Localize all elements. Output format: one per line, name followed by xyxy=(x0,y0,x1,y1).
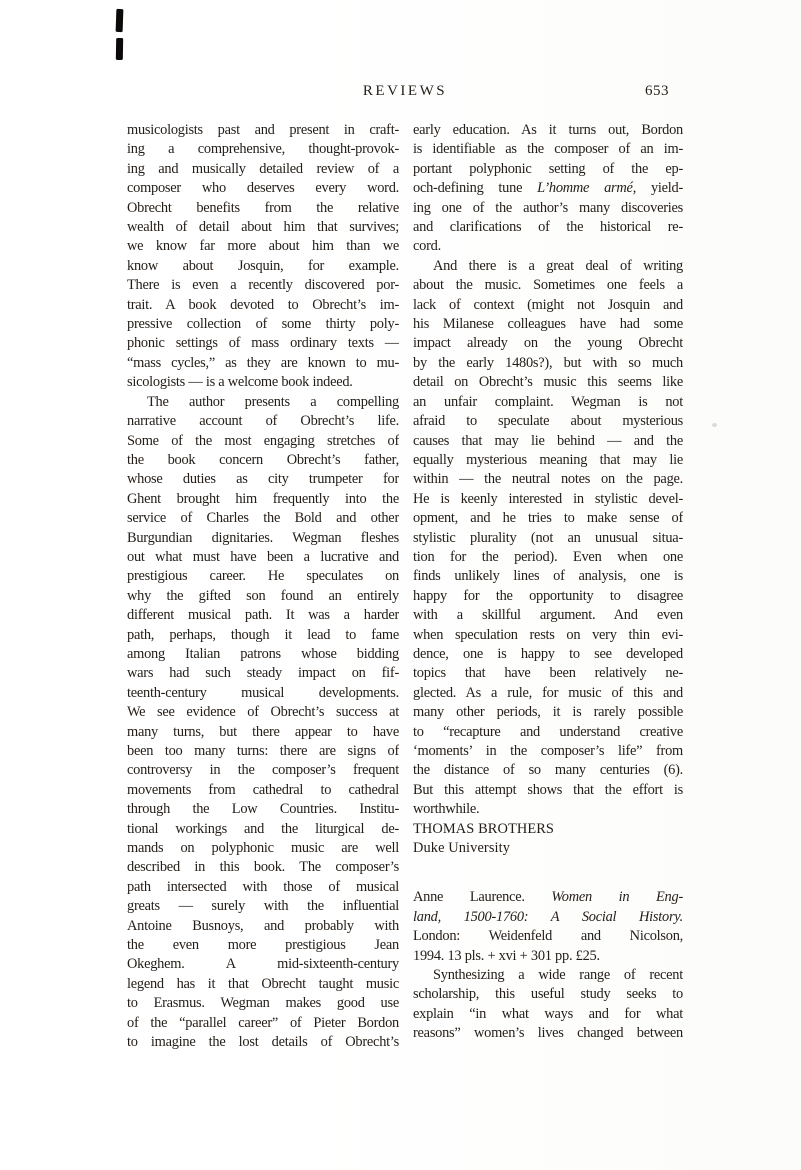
text-line: the even more prestigious Jean xyxy=(127,936,399,955)
text-line: ing and musically detailed review of a xyxy=(127,160,399,179)
text-line: prestigious career. He speculates on xyxy=(127,567,399,586)
text-line: trait. A book devoted to Obrecht’s im- xyxy=(127,296,399,315)
text-line: an unfair complaint. Wegman is not xyxy=(413,393,683,412)
text-line: whose duties as city trumpeter for xyxy=(127,470,399,489)
text-line: through the Low Countries. Institu- xyxy=(127,800,399,819)
text-line: within — the neutral notes on the page. xyxy=(413,470,683,489)
text-line: There is even a recently discovered por- xyxy=(127,276,399,295)
text-line: detail on Obrecht’s music this seems lik… xyxy=(413,373,683,392)
text-line: cord. xyxy=(413,237,683,256)
text-line: lack of context (might not Josquin and xyxy=(413,296,683,315)
text-line: Anne Laurence. Women in Eng- xyxy=(413,888,683,907)
section-title: REVIEWS xyxy=(127,83,683,100)
text-line: equally mysterious meaning that may lie xyxy=(413,451,683,470)
column-right: early education. As it turns out, Bordon… xyxy=(413,121,683,1066)
book-citation-laurence: Anne Laurence. Women in Eng-land, 1500-1… xyxy=(413,888,683,966)
text-line: among Italian patrons whose bidding xyxy=(127,645,399,664)
text-line: happy for the opportunity to disagree xyxy=(413,587,683,606)
text-line: the distance of so many centuries (6). xyxy=(413,761,683,780)
text-line: tion for the period). Even when one xyxy=(413,548,683,567)
text-line: when speculation rests on very thin evi- xyxy=(413,626,683,645)
text-line: musicologists past and present in craft- xyxy=(127,121,399,140)
text-line: by the early 1480s?), but with so much xyxy=(413,354,683,373)
text-line: reasons” women’s lives changed between xyxy=(413,1024,683,1043)
text-line: scholarship, this useful study seeks to xyxy=(413,985,683,1004)
text-line: about the music. Sometimes one feels a xyxy=(413,276,683,295)
text-line: 1994. 13 pls. + xvi + 301 pp. £25. xyxy=(413,947,683,966)
paragraph-obrecht-review-continued: musicologists past and present in craft-… xyxy=(127,121,399,393)
text-line: London: Weidenfeld and Nicolson, xyxy=(413,927,683,946)
text-line: wars had such steady impact on fif- xyxy=(127,664,399,683)
text-line: movements from cathedral to cathedral xyxy=(127,781,399,800)
text-line: and clarifications of the historical re- xyxy=(413,218,683,237)
scan-speck xyxy=(712,423,717,427)
text-line: path, perhaps, though it lead to fame xyxy=(127,626,399,645)
text-line: finds unlikely lines of analysis, one is xyxy=(413,567,683,586)
paragraph-obrecht-biography: The author presents a compellingnarrativ… xyxy=(127,393,399,1053)
text-line: sicologists — is a welcome book indeed. xyxy=(127,373,399,392)
text-line: dence, one is happy to see developed xyxy=(413,645,683,664)
text-line: topics that have been relatively ne- xyxy=(413,664,683,683)
text-line: wealth of detail about him that survives… xyxy=(127,218,399,237)
text-line: pressive collection of some thirty poly- xyxy=(127,315,399,334)
text-line: portant polyphonic setting of the ep- xyxy=(413,160,683,179)
text-line: different musical path. It was a harder xyxy=(127,606,399,625)
text-line: explain “in what ways and for what xyxy=(413,1005,683,1024)
text-line: to Erasmus. Wegman makes good use xyxy=(127,994,399,1013)
text-line: composer who deserves every word. xyxy=(127,179,399,198)
text-line: Ghent brought him frequently into the xyxy=(127,490,399,509)
paragraph-music-discussion: And there is a great deal of writingabou… xyxy=(413,257,683,820)
text-line: controversy in the composer’s frequent xyxy=(127,761,399,780)
text-line: narrative account of Obrecht’s life. xyxy=(127,412,399,431)
text-line: his Milanese colleagues have had some xyxy=(413,315,683,334)
text-line: land, 1500-1760: A Social History. xyxy=(413,908,683,927)
text-line: of the “parallel career” of Pieter Bordo… xyxy=(127,1014,399,1033)
running-header: REVIEWS 653 xyxy=(127,83,683,103)
text-line: we know far more about him than we xyxy=(127,237,399,256)
paragraph-laurence-review: Synthesizing a wide range of recentschol… xyxy=(413,966,683,1044)
text-line: ‘moments’ in the composer’s life” from xyxy=(413,742,683,761)
text-line: out what must have been a lucrative and xyxy=(127,548,399,567)
text-line: legend has it that Obrecht taught music xyxy=(127,975,399,994)
text-line: with a skillful argument. And even xyxy=(413,606,683,625)
text-line: early education. As it turns out, Bordon xyxy=(413,121,683,140)
journal-page: REVIEWS 653 musicologists past and prese… xyxy=(0,0,801,1170)
text-line: ing one of the author’s many discoveries xyxy=(413,199,683,218)
text-line: And there is a great deal of writing xyxy=(413,257,683,276)
text-line: glected. As a rule, for music of this an… xyxy=(413,684,683,703)
text-line: to “recapture and understand creative xyxy=(413,723,683,742)
text-line: the book concern Obrecht’s father, xyxy=(127,451,399,470)
column-left: musicologists past and present in craft-… xyxy=(127,121,399,1066)
text-line: We see evidence of Obrecht’s success at xyxy=(127,703,399,722)
text-line: Duke University xyxy=(413,839,683,858)
text-line: Burgundian dignitaries. Wegman fleshes xyxy=(127,529,399,548)
text-line: know about Josquin, for example. xyxy=(127,257,399,276)
text-line: Synthesizing a wide range of recent xyxy=(413,966,683,985)
text-line: tional workings and the liturgical de- xyxy=(127,820,399,839)
text-line: ing a comprehensive, thought-provok- xyxy=(127,140,399,159)
text-line: He is keenly interested in stylistic dev… xyxy=(413,490,683,509)
text-line: greats — surely with the influential xyxy=(127,897,399,916)
page-number: 653 xyxy=(645,83,669,100)
text-line: “mass cycles,” as they are known to mu- xyxy=(127,354,399,373)
scan-artifact-mark xyxy=(116,9,124,32)
text-line: impact already on the young Obrecht xyxy=(413,334,683,353)
text-line: Obrecht benefits from the relative xyxy=(127,199,399,218)
text-line: teenth-century musical developments. xyxy=(127,684,399,703)
text-line: THOMAS BROTHERS xyxy=(413,820,683,839)
reviewer-signature: THOMAS BROTHERSDuke University xyxy=(413,820,683,859)
text-line: worthwhile. xyxy=(413,800,683,819)
text-line: stylistic plurality (not an unusual situ… xyxy=(413,529,683,548)
text-line: phonic settings of mass ordinary texts — xyxy=(127,334,399,353)
text-line: been too many turns: there are signs of xyxy=(127,742,399,761)
text-line: many other periods, it is rarely possibl… xyxy=(413,703,683,722)
text-line: afraid to speculate about mysterious xyxy=(413,412,683,431)
paragraph-bordon: early education. As it turns out, Bordon… xyxy=(413,121,683,257)
text-line: mands on polyphonic music are well xyxy=(127,839,399,858)
text-line: described in this book. The composer’s xyxy=(127,858,399,877)
text-line: why the gifted son found an entirely xyxy=(127,587,399,606)
text-line: many turns, but there appear to have xyxy=(127,723,399,742)
text-line: path intersected with those of musical xyxy=(127,878,399,897)
text-line: Antoine Busnoys, and probably with xyxy=(127,917,399,936)
text-line: But this attempt shows that the effort i… xyxy=(413,781,683,800)
text-line: Some of the most engaging stretches of xyxy=(127,432,399,451)
text-line: to imagine the lost details of Obrecht’s xyxy=(127,1033,399,1052)
text-line: is identifiable as the composer of an im… xyxy=(413,140,683,159)
text-line: opment, and he tries to make sense of xyxy=(413,509,683,528)
text-line: The author presents a compelling xyxy=(127,393,399,412)
text-line: causes that may lie behind — and the xyxy=(413,432,683,451)
text-line: och-defining tune L’homme armé, yield- xyxy=(413,179,683,198)
text-line: Okeghem. A mid-sixteenth-century xyxy=(127,955,399,974)
text-line: service of Charles the Bold and other xyxy=(127,509,399,528)
scan-artifact-mark xyxy=(116,38,123,60)
